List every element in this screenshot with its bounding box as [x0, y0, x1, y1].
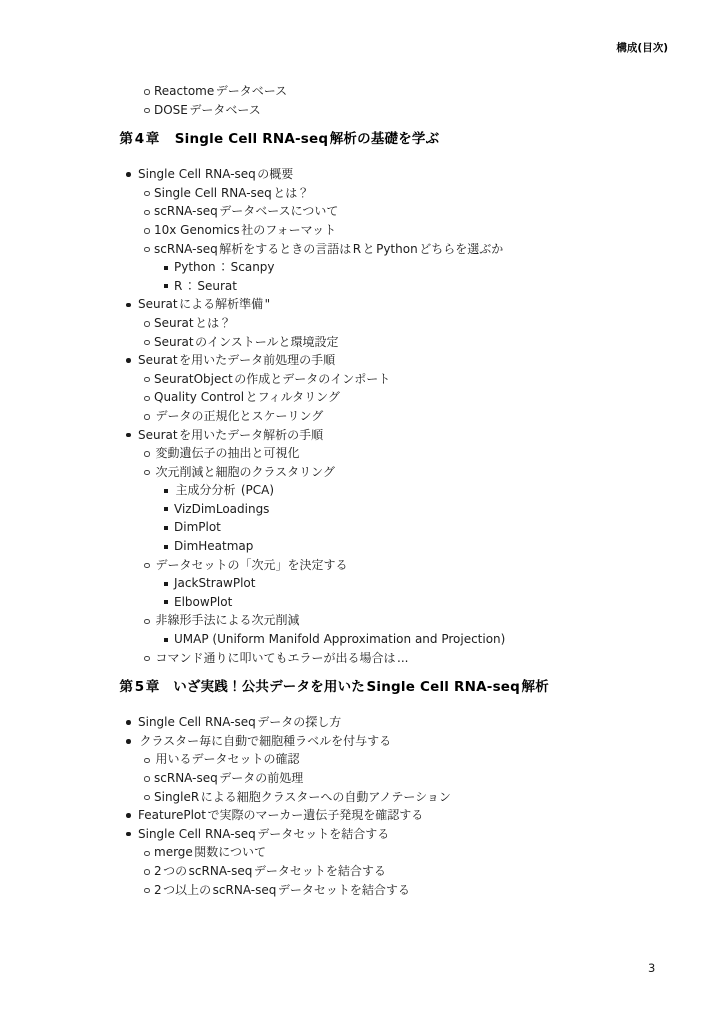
bullet-icon — [144, 377, 150, 383]
toc-item-text: 10x Genomics社のフォーマット — [154, 223, 338, 237]
toc-item: ElbowPlot — [118, 593, 674, 612]
chapter-section: 第5章 いざ実践！公共データを用いたSingle Cell RNA-seq解析 … — [118, 679, 674, 899]
toc-item-text: データセットの「次元」を決定する — [154, 558, 349, 572]
chapter-list: 第4章 Single Cell RNA-seq解析の基礎を学ぶ Single C… — [118, 131, 674, 899]
toc-item: Seuratを用いたデータ前処理の手順 — [118, 351, 674, 370]
toc-item: 10x Genomics社のフォーマット — [118, 221, 674, 240]
toc-item-text: UMAP (Uniform Manifold Approximation and… — [174, 632, 505, 646]
toc-item: SingleRによる細胞クラスターへの自動アノテーション — [118, 788, 674, 807]
toc-item: 変動遺伝子の抽出と可視化 — [118, 444, 674, 463]
toc-item: R：Seurat — [118, 277, 674, 296]
toc-item: 非線形手法による次元削減 — [118, 611, 674, 630]
toc-item-text: ElbowPlot — [174, 595, 232, 609]
bullet-icon — [164, 284, 168, 288]
chapter-items: Single Cell RNA-seqの概要 Single Cell RNA-s… — [118, 165, 674, 667]
toc-item-text: FeaturePlotで実際のマーカー遺伝子発現を確認する — [138, 808, 425, 822]
bullet-icon — [164, 526, 168, 530]
toc-item: JackStrawPlot — [118, 574, 674, 593]
bullet-icon — [126, 172, 131, 177]
header-label: 構成(目次) — [616, 40, 668, 55]
toc-item-text: 非線形手法による次元削減 — [154, 613, 301, 627]
toc-item: Reactomeデータベース — [118, 82, 674, 101]
bullet-icon — [164, 489, 168, 493]
bullet-icon — [126, 303, 131, 308]
toc-item: データセットの「次元」を決定する — [118, 556, 674, 575]
toc-item-text: データの正規化とスケーリング — [154, 409, 325, 423]
toc-item-text: SeuratObjectの作成とデータのインポート — [154, 372, 392, 386]
toc-item: Python：Scanpy — [118, 258, 674, 277]
toc-item: Seuratを用いたデータ解析の手順 — [118, 426, 674, 445]
bullet-icon — [144, 795, 150, 801]
bullet-icon — [144, 851, 150, 857]
toc-item: Quality Controlとフィルタリング — [118, 388, 674, 407]
toc-item-text: R：Seurat — [174, 279, 237, 293]
toc-item: データの正規化とスケーリング — [118, 407, 674, 426]
toc-item-text: DimHeatmap — [174, 539, 253, 553]
bullet-icon — [164, 600, 168, 604]
bullet-icon — [144, 228, 150, 234]
toc-item: SeuratObjectの作成とデータのインポート — [118, 370, 674, 389]
bullet-icon — [144, 89, 150, 95]
toc-item: 次元削減と細胞のクラスタリング — [118, 463, 674, 482]
toc-item: Single Cell RNA-seqデータの探し方 — [118, 713, 674, 732]
chapter-items: Single Cell RNA-seqデータの探し方 クラスター毎に自動で細胞種… — [118, 713, 674, 899]
bullet-icon — [144, 321, 150, 327]
toc-item: 2つのscRNA-seqデータセットを結合する — [118, 862, 674, 881]
toc-item: クラスター毎に自動で細胞種ラベルを付与する — [118, 732, 674, 751]
toc-item: コマンド通りに叩いてもエラーが出る場合は... — [118, 649, 674, 668]
toc-item-text: Single Cell RNA-seqの概要 — [138, 167, 295, 181]
page-number: 3 — [648, 961, 655, 975]
bullet-icon — [164, 266, 168, 270]
bullet-icon — [144, 888, 150, 894]
toc-item: VizDimLoadings — [118, 500, 674, 519]
toc-item-text: Seuratによる解析準備" — [138, 297, 270, 311]
bullet-icon — [144, 340, 150, 346]
toc-item-text: コマンド通りに叩いてもエラーが出る場合は... — [154, 651, 408, 665]
bullet-icon — [126, 358, 131, 363]
toc-item: 用いるデータセットの確認 — [118, 750, 674, 769]
toc-item: Seuratとは？ — [118, 314, 674, 333]
chapter-section: 第4章 Single Cell RNA-seq解析の基礎を学ぶ Single C… — [118, 131, 674, 667]
toc-item: DimHeatmap — [118, 537, 674, 556]
toc-item-text: Single Cell RNA-seqとは？ — [154, 186, 311, 200]
bullet-icon — [144, 563, 150, 569]
toc-item: scRNA-seq解析をするときの言語はRとPythonどちらを選ぶか — [118, 240, 674, 259]
toc-item: Seuratによる解析準備" — [118, 295, 674, 314]
bullet-icon — [164, 582, 168, 586]
bullet-icon — [164, 545, 168, 549]
toc-item-text: 次元削減と細胞のクラスタリング — [154, 465, 336, 479]
toc-item-text: scRNA-seqデータの前処理 — [154, 771, 305, 785]
toc-item-text: 2つ以上のscRNA-seqデータセットを結合する — [154, 883, 411, 897]
bullet-icon — [144, 619, 150, 625]
toc-item-text: 変動遺伝子の抽出と可視化 — [154, 446, 301, 460]
toc-item-text: Single Cell RNA-seqデータの探し方 — [138, 715, 343, 729]
toc-item: DOSEデータベース — [118, 101, 674, 120]
bullet-icon — [164, 507, 168, 511]
bullet-icon — [126, 739, 131, 744]
toc-item: scRNA-seqデータの前処理 — [118, 769, 674, 788]
toc-item: Single Cell RNA-seqデータセットを結合する — [118, 825, 674, 844]
toc-item-text: Single Cell RNA-seqデータセットを結合する — [138, 827, 391, 841]
bullet-icon — [144, 758, 150, 764]
toc-item-text: scRNA-seq解析をするときの言語はRとPythonどちらを選ぶか — [154, 242, 505, 256]
toc-item-text: クラスター毎に自動で細胞種ラベルを付与する — [138, 734, 393, 748]
bullet-icon — [126, 433, 131, 438]
intro-list: Reactomeデータベース DOSEデータベース — [118, 82, 674, 119]
document-page: 構成(目次) Reactomeデータベース DOSEデータベース 第4章 Sin… — [0, 0, 724, 1024]
toc-item: DimPlot — [118, 518, 674, 537]
bullet-icon — [144, 470, 150, 476]
bullet-icon — [144, 396, 150, 402]
bullet-icon — [144, 656, 150, 662]
toc-item: FeaturePlotで実際のマーカー遺伝子発現を確認する — [118, 806, 674, 825]
toc-item-text: Python：Scanpy — [174, 260, 275, 274]
toc-item-text: Seuratとは？ — [154, 316, 233, 330]
toc-item: Seuratのインストールと環境設定 — [118, 333, 674, 352]
toc-item-text: merge関数について — [154, 845, 268, 859]
toc-item-text: 主成分分析 (PCA) — [174, 483, 274, 497]
bullet-icon — [126, 813, 131, 818]
bullet-icon — [144, 247, 150, 253]
bullet-icon — [144, 191, 150, 197]
toc-item-text: VizDimLoadings — [174, 502, 269, 516]
toc-item-text: 2つのscRNA-seqデータセットを結合する — [154, 864, 387, 878]
chapter-heading: 第4章 Single Cell RNA-seq解析の基礎を学ぶ — [118, 131, 674, 148]
toc-item-text: Seuratを用いたデータ前処理の手順 — [138, 353, 337, 367]
toc-item: scRNA-seqデータベースについて — [118, 202, 674, 221]
bullet-icon — [164, 638, 168, 642]
bullet-icon — [144, 776, 150, 782]
toc-item-text: SingleRによる細胞クラスターへの自動アノテーション — [154, 790, 452, 804]
bullet-icon — [126, 720, 131, 725]
bullet-icon — [144, 210, 150, 216]
toc-item: UMAP (Uniform Manifold Approximation and… — [118, 630, 674, 649]
toc-item-text: JackStrawPlot — [174, 576, 255, 590]
toc-item-text: 用いるデータセットの確認 — [154, 752, 301, 766]
toc-item-text: Reactomeデータベース — [154, 84, 289, 98]
toc-item-text: scRNA-seqデータベースについて — [154, 204, 340, 218]
toc-content: Reactomeデータベース DOSEデータベース 第4章 Single Cel… — [118, 82, 674, 899]
toc-item-text: Seuratを用いたデータ解析の手順 — [138, 428, 325, 442]
toc-item-text: DOSEデータベース — [154, 103, 262, 117]
toc-item: 主成分分析 (PCA) — [118, 481, 674, 500]
bullet-icon — [126, 832, 131, 837]
bullet-icon — [144, 451, 150, 457]
toc-item-text: Quality Controlとフィルタリング — [154, 390, 341, 404]
bullet-icon — [144, 108, 150, 114]
toc-item-text: Seuratのインストールと環境設定 — [154, 335, 340, 349]
toc-item: Single Cell RNA-seqとは？ — [118, 184, 674, 203]
bullet-icon — [144, 869, 150, 875]
toc-item: merge関数について — [118, 843, 674, 862]
bullet-icon — [144, 414, 150, 420]
chapter-heading: 第5章 いざ実践！公共データを用いたSingle Cell RNA-seq解析 — [118, 679, 674, 696]
toc-item-text: DimPlot — [174, 520, 221, 534]
toc-item: 2つ以上のscRNA-seqデータセットを結合する — [118, 881, 674, 900]
toc-item: Single Cell RNA-seqの概要 — [118, 165, 674, 184]
